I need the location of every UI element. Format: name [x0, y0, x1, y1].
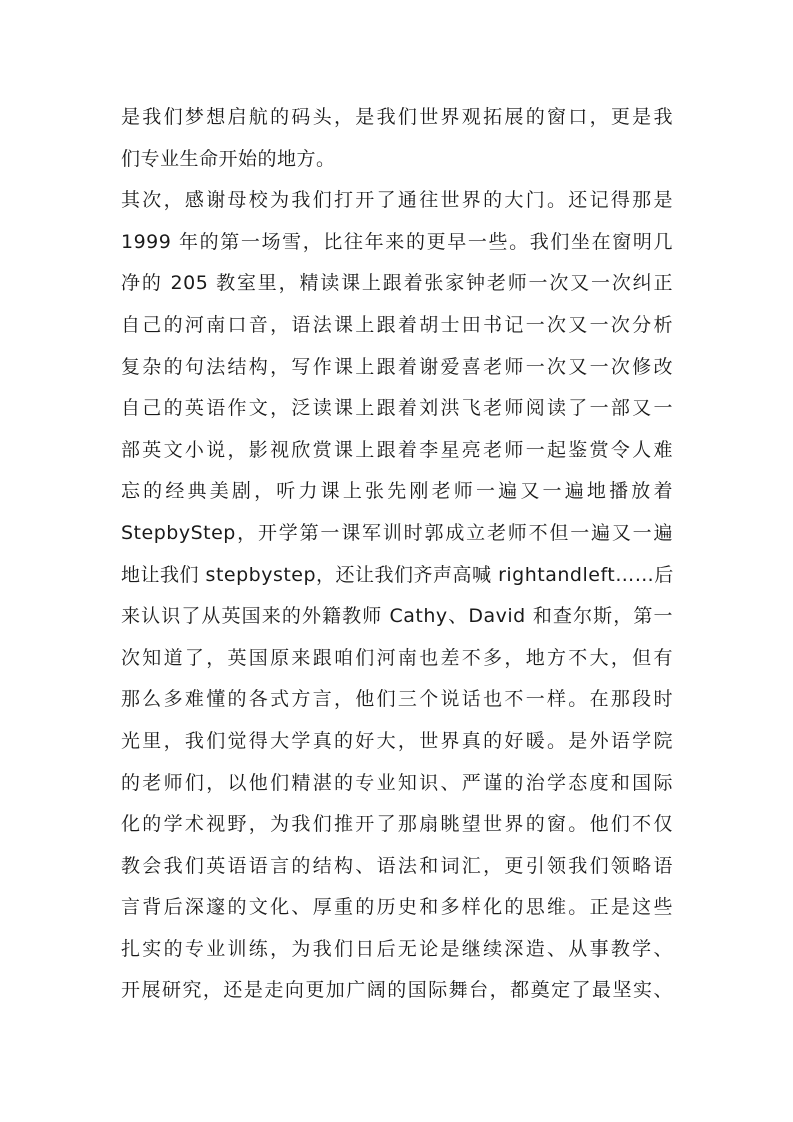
- text-line: 部英文小说，影视欣赏课上跟着李星亮老师一起鉴赏令人难: [121, 430, 673, 472]
- text-line: StepbyStep，开学第一课军训时郭成立老师不但一遍又一遍: [121, 513, 673, 555]
- paragraph-2: 其次，感谢母校为我们打开了通往世界的大门。还记得那是 1999 年的第一场雪，比…: [121, 180, 673, 1012]
- text-line: 言背后深邃的文化、厚重的历史和多样化的思维。正是这些: [121, 887, 673, 929]
- text-line: 复杂的句法结构，写作课上跟着谢爱喜老师一次又一次修改: [121, 347, 673, 389]
- text-line: 那么多难懂的各式方言，他们三个说话也不一样。在那段时: [121, 679, 673, 721]
- text-line: 光里，我们觉得大学真的好大，世界真的好暖。是外语学院: [121, 721, 673, 763]
- paragraph-1: 是我们梦想启航的码头，是我们世界观拓展的窗口，更是我 们专业生命开始的地方。: [121, 97, 673, 180]
- text-line: 1999 年的第一场雪，比往年来的更早一些。我们坐在窗明几: [121, 222, 673, 264]
- text-line: 次知道了，英国原来跟咱们河南也差不多，地方不大，但有: [121, 638, 673, 680]
- text-line: 的老师们，以他们精湛的专业知识、严谨的治学态度和国际: [121, 763, 673, 805]
- text-line: 忘的经典美剧，听力课上张先刚老师一遍又一遍地播放着: [121, 471, 673, 513]
- document-page: 是我们梦想启航的码头，是我们世界观拓展的窗口，更是我 们专业生命开始的地方。 其…: [121, 97, 673, 1012]
- text-line: 净的 205 教室里，精读课上跟着张家钟老师一次又一次纠正: [121, 263, 673, 305]
- text-line: 自己的河南口音，语法课上跟着胡士田书记一次又一次分析: [121, 305, 673, 347]
- text-line: 开展研究，还是走向更加广阔的国际舞台，都奠定了最坚实、: [121, 970, 673, 1012]
- text-line: 是我们梦想启航的码头，是我们世界观拓展的窗口，更是我: [121, 97, 673, 139]
- text-line: 其次，感谢母校为我们打开了通往世界的大门。还记得那是: [121, 180, 673, 222]
- text-line: 化的学术视野，为我们推开了那扇眺望世界的窗。他们不仅: [121, 804, 673, 846]
- text-line: 们专业生命开始的地方。: [121, 139, 673, 181]
- text-line: 自己的英语作文，泛读课上跟着刘洪飞老师阅读了一部又一: [121, 388, 673, 430]
- text-line: 地让我们 stepbystep，还让我们齐声高喊 rightandleft……后: [121, 555, 673, 597]
- text-line: 教会我们英语语言的结构、语法和词汇，更引领我们领略语: [121, 846, 673, 888]
- text-line: 来认识了从英国来的外籍教师 Cathy、David 和查尔斯，第一: [121, 596, 673, 638]
- text-line: 扎实的专业训练，为我们日后无论是继续深造、从事教学、: [121, 929, 673, 971]
